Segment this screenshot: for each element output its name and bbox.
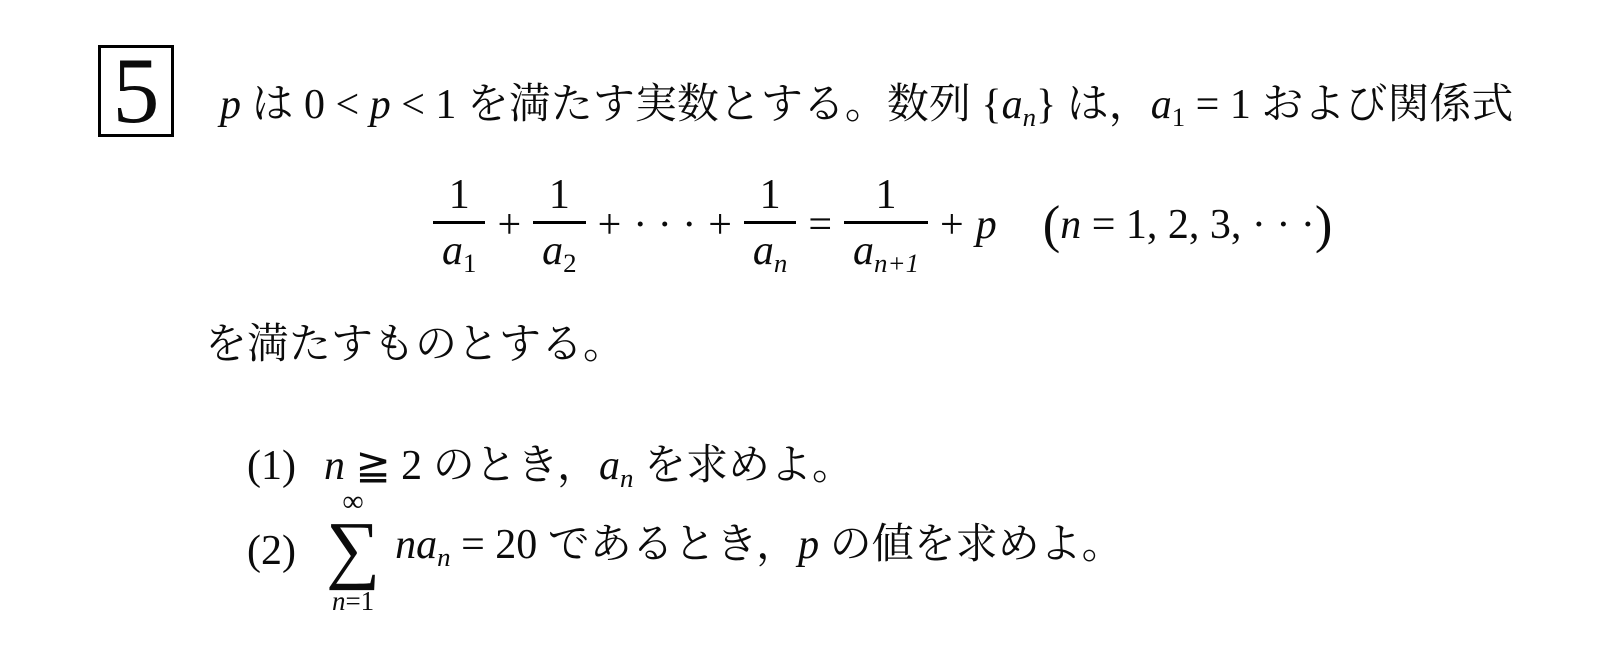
fraction-denominator: an+1: [844, 224, 928, 277]
cdots: · · ·: [633, 201, 696, 249]
brace-close: }: [1036, 82, 1056, 128]
subscript-n: n: [1023, 102, 1036, 132]
equals-one: = 1: [1185, 82, 1251, 128]
intro-line: p は 0 < p < 1 を満たす実数とする。数列 {an} は，a1 = 1…: [220, 80, 1513, 142]
var-p: p: [220, 82, 241, 128]
jp-text: を求めよ。: [633, 443, 854, 489]
sum-lower-limit: n=1: [332, 588, 374, 615]
item-label: (2): [247, 527, 296, 575]
var-a: a: [1151, 82, 1172, 128]
var-a: a: [599, 443, 620, 489]
plus-operator: +: [708, 201, 732, 249]
fraction-numerator: 1: [751, 173, 790, 221]
condition-values: = 1, 2, 3, · · ·: [1081, 202, 1315, 248]
var-p: p: [798, 522, 819, 568]
jp-text: の値を求めよ。: [819, 522, 1124, 568]
var-n: n: [324, 443, 345, 489]
jp-text: を満たす実数とする。数列: [456, 82, 981, 128]
equals-20: = 20: [451, 522, 538, 568]
fraction-1-over-a1: 1 a1: [433, 173, 485, 277]
fraction-numerator: 1: [440, 173, 479, 221]
jp-text: のとき，: [422, 443, 599, 489]
equals-sign: =: [808, 201, 832, 249]
inequality-left: 0 <: [304, 82, 370, 128]
closing-line: を満たすものとする。: [205, 320, 625, 370]
item-label: (1): [247, 443, 296, 489]
item-2-expression: nan = 20 であるとき，p の値を求めよ。: [395, 520, 1123, 582]
jp-text: および関係式: [1251, 82, 1514, 128]
fraction-numerator: 1: [540, 173, 579, 221]
geq-2: ≧ 2: [345, 443, 422, 489]
subscript-n: n: [437, 542, 450, 572]
fraction-1-over-a2: 1 a2: [533, 173, 585, 277]
display-equation: 1 a1 + 1 a2 + · · · + 1 an = 1 an+1 + p …: [433, 169, 1332, 281]
problem-number-box: 5: [98, 45, 174, 137]
plus-operator: +: [940, 201, 964, 249]
subscript-1: 1: [1172, 102, 1185, 132]
var-p: p: [370, 82, 391, 128]
fraction-denominator: a1: [433, 224, 485, 277]
jp-text: は: [241, 82, 304, 128]
var-na: na: [395, 522, 437, 568]
subscript-n: n: [620, 463, 633, 493]
var-n: n: [1060, 202, 1081, 248]
fraction-numerator: 1: [867, 173, 906, 221]
jp-text: は，: [1056, 82, 1151, 128]
sigma-symbol: ∑: [326, 518, 380, 582]
problem-number: 5: [113, 44, 160, 138]
fraction-denominator: an: [744, 224, 796, 277]
summation: ∞ ∑ n=1: [326, 487, 380, 616]
domain-condition: (n = 1, 2, 3, · · ·): [1043, 195, 1333, 255]
inequality-right: < 1: [391, 82, 457, 128]
plus-operator: +: [497, 201, 521, 249]
fraction-1-over-an1: 1 an+1: [844, 173, 928, 277]
fraction-1-over-an: 1 an: [744, 173, 796, 277]
jp-text: であるとき，: [537, 522, 798, 568]
paren-close: ): [1315, 196, 1332, 254]
paren-open: (: [1043, 196, 1060, 254]
var-p: p: [976, 201, 997, 249]
brace-open: {: [981, 82, 1001, 128]
question-item-2: (2) ∞ ∑ n=1 nan = 20 であるとき，p の値を求めよ。: [247, 490, 1124, 612]
var-a: a: [1002, 82, 1023, 128]
fraction-denominator: a2: [533, 224, 585, 277]
plus-operator: +: [598, 201, 622, 249]
